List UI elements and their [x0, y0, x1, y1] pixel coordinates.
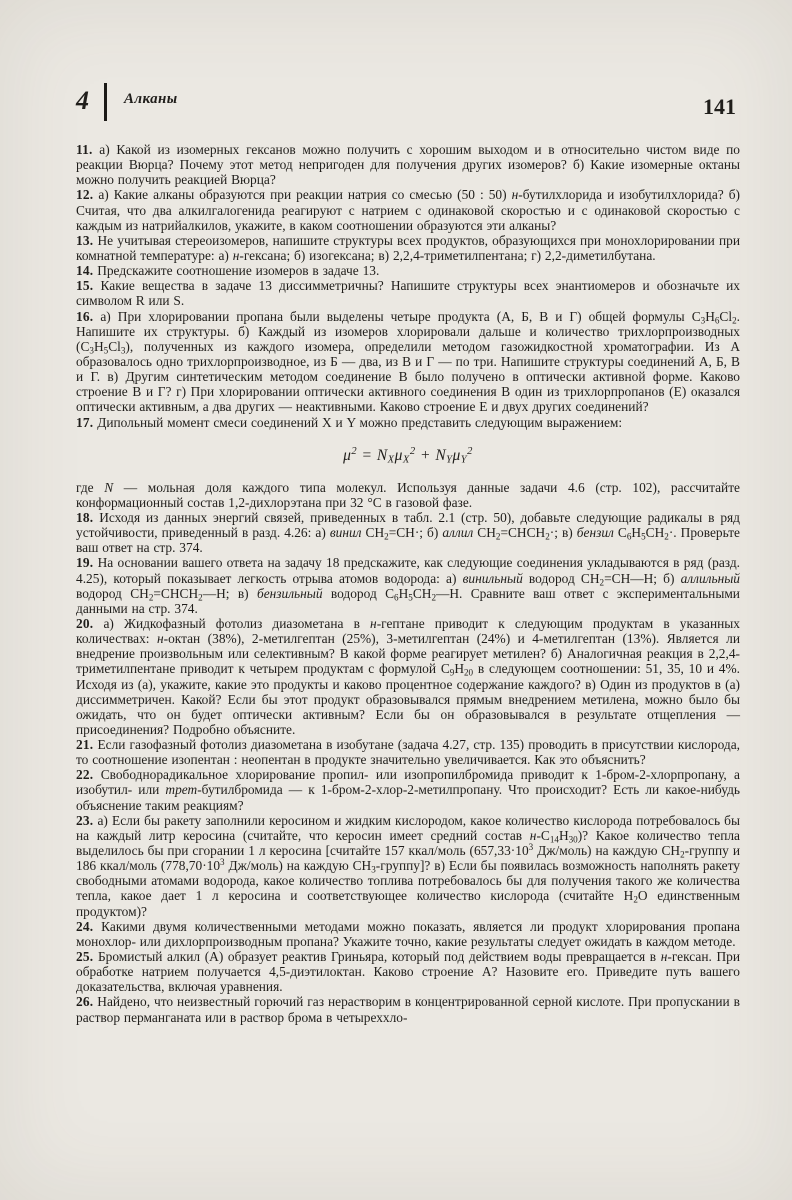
problems-list: 11. а) Какой из изомерных гексанов можно… — [76, 142, 740, 1025]
problem-17: 17. Дипольный момент смеси соединений X … — [76, 415, 740, 430]
problem-12: 12. а) Какие алканы образуются при реакц… — [76, 187, 740, 232]
page-header: 4 Алканы 141 — [76, 86, 740, 126]
problem-25: 25. Бромистый алкил (А) образует реактив… — [76, 949, 740, 994]
problem-19: 19. На основании вашего ответа на задачу… — [76, 555, 740, 616]
problem-17-continued: где N — мольная доля каждого типа молеку… — [76, 480, 740, 510]
page-number: 141 — [703, 86, 740, 118]
problem-21: 21. Если газофазный фотолиз диазометана … — [76, 737, 740, 767]
problem-16: 16. а) При хлорировании пропана были выд… — [76, 309, 740, 415]
problem-17-formula: μ2 = NXμX2 + NYμY2 — [76, 447, 740, 465]
problem-18: 18. Исходя из данных энергий связей, при… — [76, 510, 740, 555]
problem-22: 22. Свободнорадикальное хлорирование про… — [76, 767, 740, 812]
problem-24: 24. Какими двумя количественными методам… — [76, 919, 740, 949]
problem-20: 20. а) Жидкофазный фотолиз диазометана в… — [76, 616, 740, 737]
problem-23: 23. а) Если бы ракету заполнили керосино… — [76, 813, 740, 919]
page-content: 4 Алканы 141 11. а) Какой из изомерных г… — [76, 86, 740, 1025]
book-page: 4 Алканы 141 11. а) Какой из изомерных г… — [0, 0, 792, 1200]
chapter-number: 4 — [76, 86, 89, 114]
problem-13: 13. Не учитывая стереоизомеров, напишите… — [76, 233, 740, 263]
problem-15: 15. Какие вещества в задаче 13 диссиммет… — [76, 278, 740, 308]
problem-11: 11. а) Какой из изомерных гексанов можно… — [76, 142, 740, 187]
problem-26: 26. Найдено, что неизвестный горючий газ… — [76, 994, 740, 1024]
chapter-title: Алканы — [124, 86, 178, 108]
header-divider — [104, 83, 107, 121]
problem-14: 14. Предскажите соотношение изомеров в з… — [76, 263, 740, 278]
